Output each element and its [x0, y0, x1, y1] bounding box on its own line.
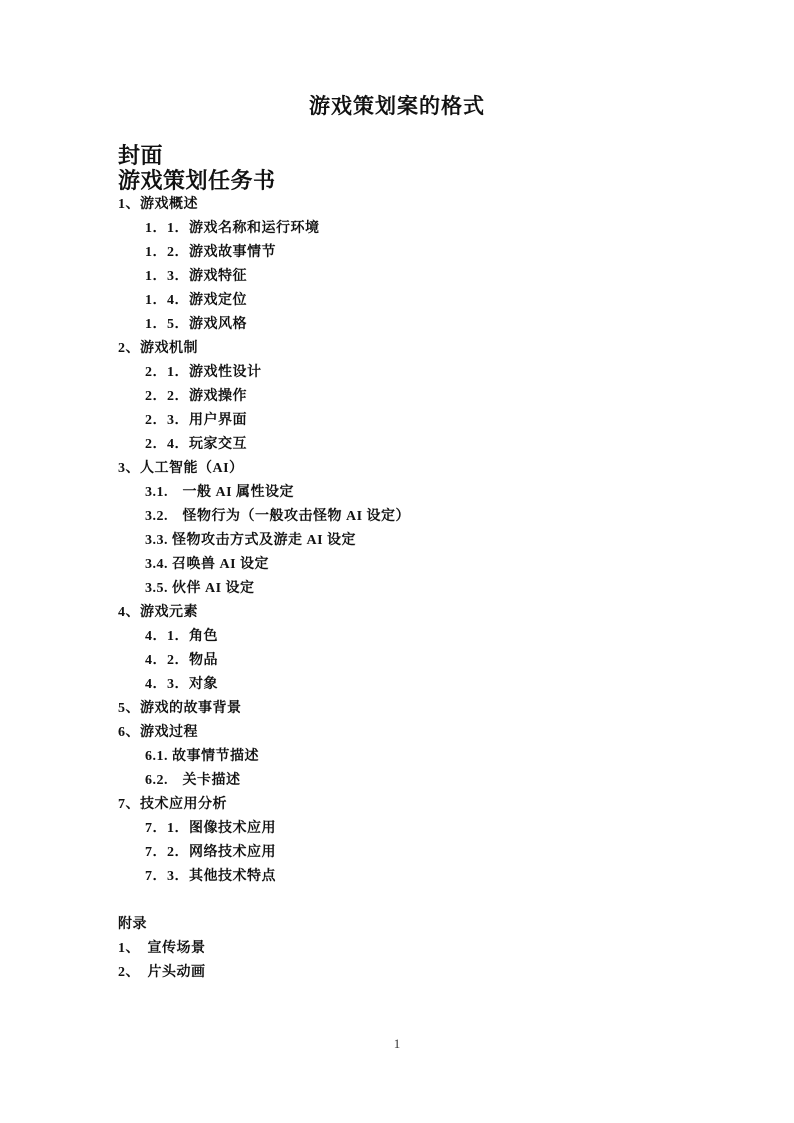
- outline-item: 4．2．物品: [118, 649, 676, 673]
- outline-item: 1．2．游戏故事情节: [118, 241, 676, 265]
- appendix-item: 2、 片头动画: [118, 961, 676, 985]
- outline-item: 2．2．游戏操作: [118, 385, 676, 409]
- page-title: 游戏策划案的格式: [118, 93, 676, 119]
- outline-item: 4、游戏元素: [118, 601, 676, 625]
- subtitle-heading: 游戏策划任务书: [118, 168, 676, 193]
- outline-item: 1．5．游戏风格: [118, 313, 676, 337]
- outline-item: 7．3．其他技术特点: [118, 865, 676, 889]
- cover-heading: 封面: [118, 143, 676, 168]
- outline-item: 2．4．玩家交互: [118, 433, 676, 457]
- outline-item: 3、人工智能（AI）: [118, 457, 676, 481]
- outline-item: 2．3．用户界面: [118, 409, 676, 433]
- outline-item: 6、游戏过程: [118, 721, 676, 745]
- outline-item: 1．1．游戏名称和运行环境: [118, 217, 676, 241]
- appendix-section: 附录 1、 宣传场景2、 片头动画: [118, 913, 676, 985]
- outline-item: 6.1. 故事情节描述: [118, 745, 676, 769]
- outline-item: 1．4．游戏定位: [118, 289, 676, 313]
- outline-item: 4．3．对象: [118, 673, 676, 697]
- outline-item: 3.2. 怪物行为（一般攻击怪物 AI 设定）: [118, 505, 676, 529]
- outline-item: 7．1．图像技术应用: [118, 817, 676, 841]
- outline-item: 2．1．游戏性设计: [118, 361, 676, 385]
- outline-item: 5、游戏的故事背景: [118, 697, 676, 721]
- outline-item: 4．1．角色: [118, 625, 676, 649]
- document-page: 游戏策划案的格式 封面 游戏策划任务书 1、游戏概述1．1．游戏名称和运行环境1…: [0, 0, 794, 1123]
- outline-list: 1、游戏概述1．1．游戏名称和运行环境1．2．游戏故事情节1．3．游戏特征1．4…: [118, 193, 676, 889]
- outline-item: 1、游戏概述: [118, 193, 676, 217]
- appendix-list: 1、 宣传场景2、 片头动画: [118, 937, 676, 985]
- outline-item: 7．2．网络技术应用: [118, 841, 676, 865]
- outline-item: 7、技术应用分析: [118, 793, 676, 817]
- page-number: 1: [0, 1036, 794, 1052]
- outline-item: 2、游戏机制: [118, 337, 676, 361]
- appendix-heading: 附录: [118, 913, 676, 937]
- outline-item: 1．3．游戏特征: [118, 265, 676, 289]
- outline-item: 6.2. 关卡描述: [118, 769, 676, 793]
- outline-item: 3.3. 怪物攻击方式及游走 AI 设定: [118, 529, 676, 553]
- outline-item: 3.5. 伙伴 AI 设定: [118, 577, 676, 601]
- outline-item: 3.4. 召唤兽 AI 设定: [118, 553, 676, 577]
- appendix-item: 1、 宣传场景: [118, 937, 676, 961]
- outline-item: 3.1. 一般 AI 属性设定: [118, 481, 676, 505]
